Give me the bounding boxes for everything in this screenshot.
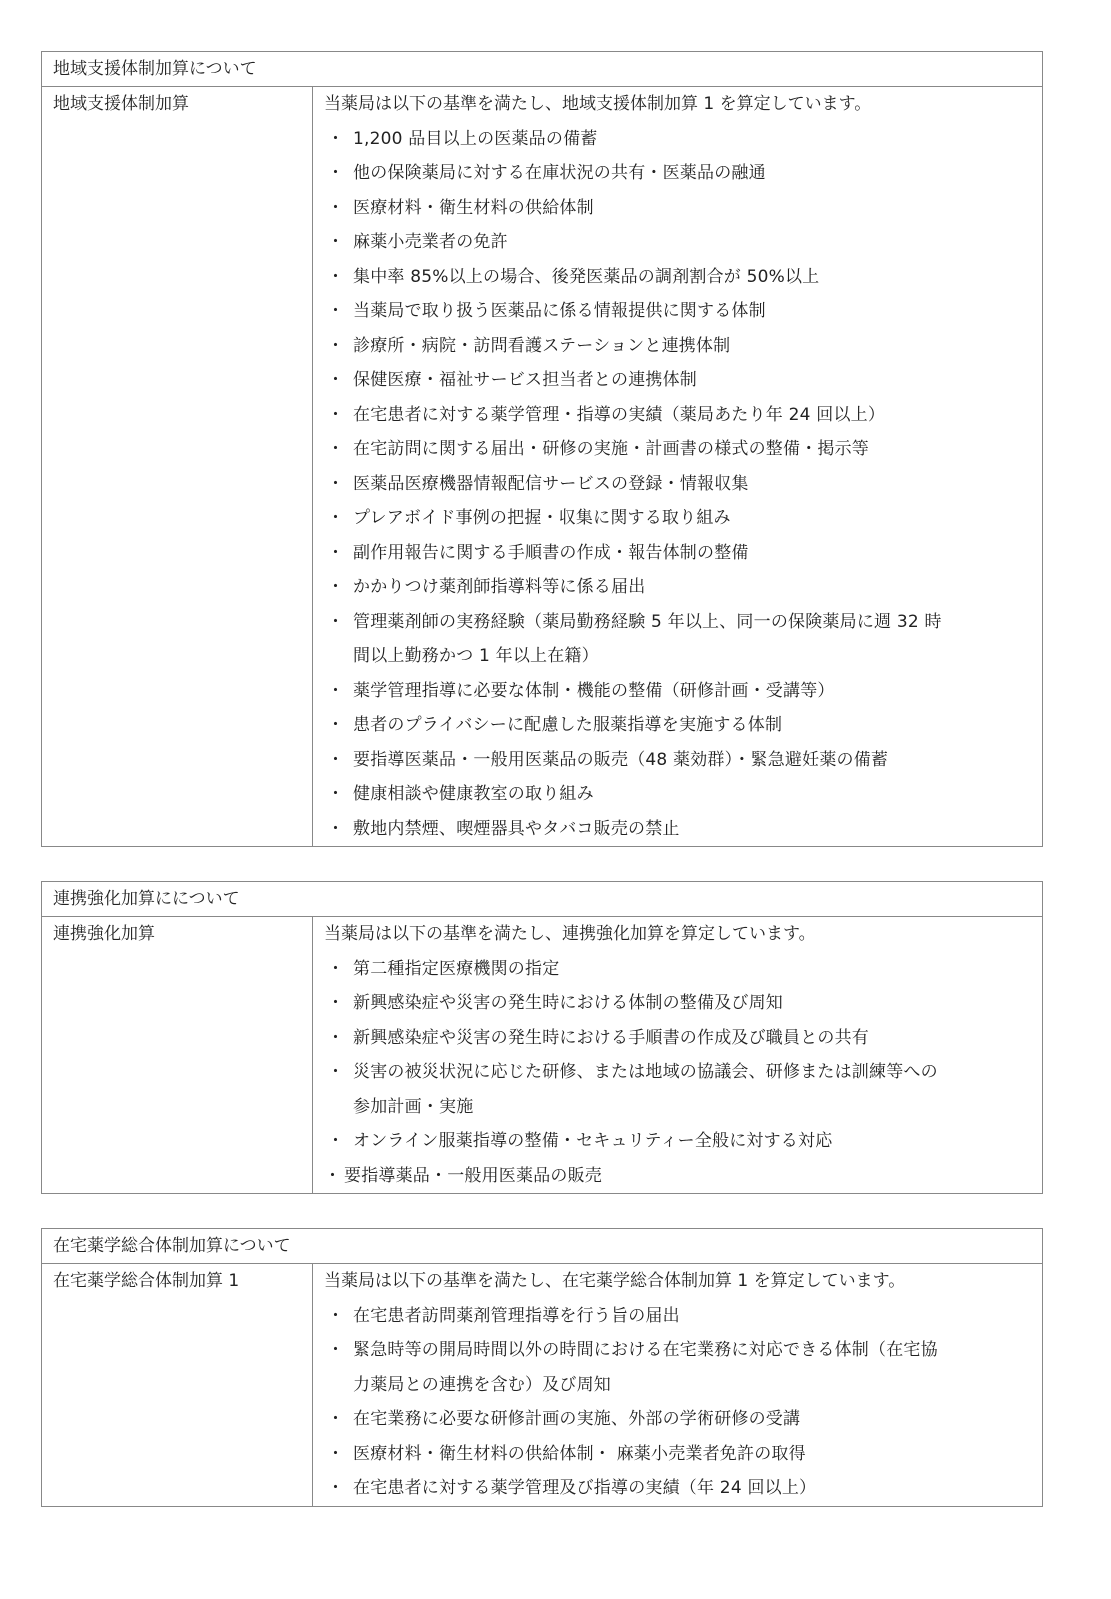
- list-item-line: 診療所・病院・訪問看護ステーションと連携体制: [353, 329, 730, 364]
- list-item-line: 患者のプライバシーに配慮した服薬指導を実施する体制: [353, 708, 782, 743]
- bullet-icon: ・: [324, 467, 353, 502]
- list-item-line: 在宅患者に対する薬学管理・指導の実績（薬局あたり年 24 回以上）: [353, 398, 885, 433]
- list-item-text: 患者のプライバシーに配慮した服薬指導を実施する体制: [353, 708, 782, 743]
- bullet-icon: ・: [324, 570, 353, 605]
- list-item-line: 他の保険薬局に対する在庫状況の共有・医薬品の融通: [353, 156, 766, 191]
- list-item-line: 当薬局で取り扱う医薬品に係る情報提供に関する体制: [353, 294, 766, 329]
- section-header: 在宅薬学総合体制加算について: [42, 1229, 1042, 1264]
- list-item-text: 健康相談や健康教室の取り組み: [353, 777, 594, 812]
- bullet-icon: ・: [324, 156, 353, 191]
- table-row: 在宅薬学総合体制加算 1 当薬局は以下の基準を満たし、在宅薬学総合体制加算 1 …: [42, 1264, 1042, 1506]
- list-item-line: 要指導薬品・一般用医薬品の販売: [344, 1159, 602, 1194]
- list-item-line: 間以上勤務かつ 1 年以上在籍）: [353, 639, 942, 674]
- list-item: ・麻薬小売業者の免許: [324, 225, 1036, 260]
- list-item: ・患者のプライバシーに配慮した服薬指導を実施する体制: [324, 708, 1036, 743]
- list-item: ・在宅患者に対する薬学管理及び指導の実績（年 24 回以上）: [324, 1471, 1036, 1506]
- row-content: 当薬局は以下の基準を満たし、在宅薬学総合体制加算 1 を算定しています。・在宅患…: [313, 1264, 1042, 1506]
- list-item: ・在宅業務に必要な研修計画の実施、外部の学術研修の受講: [324, 1402, 1036, 1437]
- list-item-line: 管理薬剤師の実務経験（薬局勤務経験 5 年以上、同一の保険薬局に週 32 時: [353, 605, 942, 640]
- list-item: ・集中率 85%以上の場合、後発医薬品の調剤割合が 50%以上: [324, 260, 1036, 295]
- list-item-text: 災害の被災状況に応じた研修、または地域の協議会、研修または訓練等への参加計画・実…: [353, 1055, 938, 1124]
- list-item-text: 薬学管理指導に必要な体制・機能の整備（研修計画・受講等）: [353, 674, 835, 709]
- list-item-text: 医薬品医療機器情報配信サービスの登録・情報収集: [353, 467, 749, 502]
- list-item-text: 管理薬剤師の実務経験（薬局勤務経験 5 年以上、同一の保険薬局に週 32 時間以…: [353, 605, 942, 674]
- list-item: ・医薬品医療機器情報配信サービスの登録・情報収集: [324, 467, 1036, 502]
- list-item-line: 新興感染症や災害の発生時における手順書の作成及び職員との共有: [353, 1021, 869, 1056]
- list-item-text: 要指導医薬品・一般用医薬品の販売（48 薬効群）・緊急避妊薬の備蓄: [353, 743, 888, 778]
- bullet-icon: ・: [324, 1055, 353, 1124]
- bullet-icon: ・: [324, 191, 353, 226]
- list-item-line: 集中率 85%以上の場合、後発医薬品の調剤割合が 50%以上: [353, 260, 819, 295]
- list-item-text: 緊急時等の開局時間以外の時間における在宅業務に対応できる体制（在宅協力薬局との連…: [353, 1333, 938, 1402]
- bullet-icon: ・: [324, 294, 353, 329]
- list-item-line: 医療材料・衛生材料の供給体制・ 麻薬小売業者免許の取得: [353, 1437, 806, 1472]
- bullet-icon: ・: [324, 1402, 353, 1437]
- bullet-icon: ・: [324, 952, 353, 987]
- list-item: ・管理薬剤師の実務経験（薬局勤務経験 5 年以上、同一の保険薬局に週 32 時間…: [324, 605, 1036, 674]
- bullet-icon: ・: [324, 1471, 353, 1506]
- list-item-line: 第二種指定医療機関の指定: [353, 952, 559, 987]
- list-item: ・在宅訪問に関する届出・研修の実施・計画書の様式の整備・掲示等: [324, 432, 1036, 467]
- list-item: ・診療所・病院・訪問看護ステーションと連携体制: [324, 329, 1036, 364]
- table-row: 地域支援体制加算 当薬局は以下の基準を満たし、地域支援体制加算 1 を算定してい…: [42, 87, 1042, 846]
- list-item: ・第二種指定医療機関の指定: [324, 952, 1036, 987]
- list-item: ・副作用報告に関する手順書の作成・報告体制の整備: [324, 536, 1036, 571]
- list-item-text: 副作用報告に関する手順書の作成・報告体制の整備: [353, 536, 749, 571]
- bullet-icon: ・: [324, 363, 353, 398]
- list-item: ・新興感染症や災害の発生時における体制の整備及び周知: [324, 986, 1036, 1021]
- list-item: ・他の保険薬局に対する在庫状況の共有・医薬品の融通: [324, 156, 1036, 191]
- bullet-icon: ・: [324, 1437, 353, 1472]
- table-collaboration-enhancement: 連携強化加算にについて 連携強化加算 当薬局は以下の基準を満たし、連携強化加算を…: [41, 881, 1043, 1194]
- list-item: ・敷地内禁煙、喫煙器具やタバコ販売の禁止: [324, 812, 1036, 847]
- list-item-text: 他の保険薬局に対する在庫状況の共有・医薬品の融通: [353, 156, 766, 191]
- list-item: ・かかりつけ薬剤師指導料等に係る届出: [324, 570, 1036, 605]
- list-item: ・薬学管理指導に必要な体制・機能の整備（研修計画・受講等）: [324, 674, 1036, 709]
- list-item: ・当薬局で取り扱う医薬品に係る情報提供に関する体制: [324, 294, 1036, 329]
- intro-text: 当薬局は以下の基準を満たし、在宅薬学総合体制加算 1 を算定しています。: [324, 1264, 1036, 1299]
- list-item: ・医療材料・衛生材料の供給体制: [324, 191, 1036, 226]
- list-item-line: 在宅業務に必要な研修計画の実施、外部の学術研修の受講: [353, 1402, 800, 1437]
- bullet-icon: ・: [324, 708, 353, 743]
- list-item-text: 医療材料・衛生材料の供給体制・ 麻薬小売業者免許の取得: [353, 1437, 806, 1472]
- bullet-icon: ・: [324, 1299, 353, 1334]
- bullet-icon: ・: [324, 1124, 353, 1159]
- list-item-line: 敷地内禁煙、喫煙器具やタバコ販売の禁止: [353, 812, 680, 847]
- list-item-line: 緊急時等の開局時間以外の時間における在宅業務に対応できる体制（在宅協: [353, 1333, 938, 1368]
- intro-text: 当薬局は以下の基準を満たし、地域支援体制加算 1 を算定しています。: [324, 87, 1036, 122]
- row-label: 連携強化加算: [42, 917, 313, 1193]
- list-item-line: 力薬局との連携を含む）及び周知: [353, 1368, 938, 1403]
- bullet-icon: ・: [324, 501, 353, 536]
- bullet-icon: ・: [324, 674, 353, 709]
- list-item-text: 在宅業務に必要な研修計画の実施、外部の学術研修の受講: [353, 1402, 800, 1437]
- list-item: ・要指導薬品・一般用医薬品の販売: [324, 1159, 1036, 1194]
- list-item-line: 医療材料・衛生材料の供給体制: [353, 191, 594, 226]
- list-item-text: 保健医療・福祉サービス担当者との連携体制: [353, 363, 697, 398]
- table-row: 連携強化加算 当薬局は以下の基準を満たし、連携強化加算を算定しています。・第二種…: [42, 917, 1042, 1193]
- list-item-text: 敷地内禁煙、喫煙器具やタバコ販売の禁止: [353, 812, 680, 847]
- section-header: 連携強化加算にについて: [42, 882, 1042, 917]
- section-header: 地域支援体制加算について: [42, 52, 1042, 87]
- list-item-text: 在宅訪問に関する届出・研修の実施・計画書の様式の整備・掲示等: [353, 432, 869, 467]
- row-content: 当薬局は以下の基準を満たし、連携強化加算を算定しています。・第二種指定医療機関の…: [313, 917, 1042, 1193]
- list-item-line: 医薬品医療機器情報配信サービスの登録・情報収集: [353, 467, 749, 502]
- list-item-text: かかりつけ薬剤師指導料等に係る届出: [353, 570, 645, 605]
- list-item-line: 薬学管理指導に必要な体制・機能の整備（研修計画・受講等）: [353, 674, 835, 709]
- bullet-icon: ・: [324, 122, 353, 157]
- bullet-icon: ・: [324, 986, 353, 1021]
- list-item-text: 新興感染症や災害の発生時における体制の整備及び周知: [353, 986, 783, 1021]
- list-item-line: 災害の被災状況に応じた研修、または地域の協議会、研修または訓練等への: [353, 1055, 938, 1090]
- list-item-line: 在宅患者に対する薬学管理及び指導の実績（年 24 回以上）: [353, 1471, 816, 1506]
- bullet-icon: ・: [324, 536, 353, 571]
- bullet-icon: ・: [324, 329, 353, 364]
- list-item: ・健康相談や健康教室の取り組み: [324, 777, 1036, 812]
- list-item-text: 当薬局で取り扱う医薬品に係る情報提供に関する体制: [353, 294, 766, 329]
- list-item-line: 在宅訪問に関する届出・研修の実施・計画書の様式の整備・掲示等: [353, 432, 869, 467]
- bullet-icon: ・: [324, 812, 353, 847]
- list-item: ・在宅患者訪問薬剤管理指導を行う旨の届出: [324, 1299, 1036, 1334]
- table-home-pharmacy: 在宅薬学総合体制加算について 在宅薬学総合体制加算 1 当薬局は以下の基準を満た…: [41, 1228, 1043, 1507]
- list-item-text: 新興感染症や災害の発生時における手順書の作成及び職員との共有: [353, 1021, 869, 1056]
- list-item-line: 参加計画・実施: [353, 1090, 938, 1125]
- list-item-text: 要指導薬品・一般用医薬品の販売: [344, 1159, 602, 1194]
- bullet-icon: ・: [324, 225, 353, 260]
- bullet-icon: ・: [324, 605, 353, 674]
- list-item-text: 在宅患者に対する薬学管理・指導の実績（薬局あたり年 24 回以上）: [353, 398, 885, 433]
- intro-text: 当薬局は以下の基準を満たし、連携強化加算を算定しています。: [324, 917, 1036, 952]
- list-item-text: 集中率 85%以上の場合、後発医薬品の調剤割合が 50%以上: [353, 260, 819, 295]
- list-item: ・ 在宅患者に対する薬学管理・指導の実績（薬局あたり年 24 回以上）: [324, 398, 1036, 433]
- list-item-line: 要指導医薬品・一般用医薬品の販売（48 薬効群）・緊急避妊薬の備蓄: [353, 743, 888, 778]
- list-item-text: 診療所・病院・訪問看護ステーションと連携体制: [353, 329, 730, 364]
- list-item-text: 1,200 品目以上の医薬品の備蓄: [353, 122, 597, 157]
- list-item-text: プレアボイド事例の把握・収集に関する取り組み: [353, 501, 731, 536]
- list-item-line: 副作用報告に関する手順書の作成・報告体制の整備: [353, 536, 749, 571]
- list-item: ・要指導医薬品・一般用医薬品の販売（48 薬効群）・緊急避妊薬の備蓄: [324, 743, 1036, 778]
- list-item-text: オンライン服薬指導の整備・セキュリティー全般に対する対応: [353, 1124, 832, 1159]
- list-item-line: 健康相談や健康教室の取り組み: [353, 777, 594, 812]
- list-item-line: 在宅患者訪問薬剤管理指導を行う旨の届出: [353, 1299, 680, 1334]
- list-item-text: 医療材料・衛生材料の供給体制: [353, 191, 594, 226]
- list-item-line: プレアボイド事例の把握・収集に関する取り組み: [353, 501, 731, 536]
- row-label: 在宅薬学総合体制加算 1: [42, 1264, 313, 1506]
- bullet-icon: ・: [324, 743, 353, 778]
- bullet-icon: ・: [324, 777, 353, 812]
- list-item-text: 在宅患者に対する薬学管理及び指導の実績（年 24 回以上）: [353, 1471, 816, 1506]
- list-item: ・プレアボイド事例の把握・収集に関する取り組み: [324, 501, 1036, 536]
- bullet-icon: ・: [324, 1021, 353, 1056]
- list-item-text: 第二種指定医療機関の指定: [353, 952, 559, 987]
- list-item-line: 新興感染症や災害の発生時における体制の整備及び周知: [353, 986, 783, 1021]
- list-item: ・新興感染症や災害の発生時における手順書の作成及び職員との共有: [324, 1021, 1036, 1056]
- list-item-line: かかりつけ薬剤師指導料等に係る届出: [353, 570, 645, 605]
- row-label: 地域支援体制加算: [42, 87, 313, 846]
- list-item-line: 保健医療・福祉サービス担当者との連携体制: [353, 363, 697, 398]
- bullet-icon: ・: [324, 1333, 353, 1402]
- table-community-support: 地域支援体制加算について 地域支援体制加算 当薬局は以下の基準を満たし、地域支援…: [41, 51, 1043, 847]
- list-item: ・災害の被災状況に応じた研修、または地域の協議会、研修または訓練等への参加計画・…: [324, 1055, 1036, 1124]
- bullet-icon: ・: [324, 1159, 344, 1194]
- list-item-text: 麻薬小売業者の免許: [353, 225, 508, 260]
- list-item: ・医療材料・衛生材料の供給体制・ 麻薬小売業者免許の取得: [324, 1437, 1036, 1472]
- list-item: ・1,200 品目以上の医薬品の備蓄: [324, 122, 1036, 157]
- list-item-line: 1,200 品目以上の医薬品の備蓄: [353, 122, 597, 157]
- list-item-text: 在宅患者訪問薬剤管理指導を行う旨の届出: [353, 1299, 680, 1334]
- list-item-line: 麻薬小売業者の免許: [353, 225, 508, 260]
- bullet-icon: ・: [324, 260, 353, 295]
- bullet-icon: ・: [324, 432, 353, 467]
- list-item: ・オンライン服薬指導の整備・セキュリティー全般に対する対応: [324, 1124, 1036, 1159]
- list-item-line: オンライン服薬指導の整備・セキュリティー全般に対する対応: [353, 1124, 832, 1159]
- row-content: 当薬局は以下の基準を満たし、地域支援体制加算 1 を算定しています。・1,200…: [313, 87, 1042, 846]
- list-item: ・保健医療・福祉サービス担当者との連携体制: [324, 363, 1036, 398]
- list-item: ・緊急時等の開局時間以外の時間における在宅業務に対応できる体制（在宅協力薬局との…: [324, 1333, 1036, 1402]
- bullet-icon: ・: [324, 398, 353, 433]
